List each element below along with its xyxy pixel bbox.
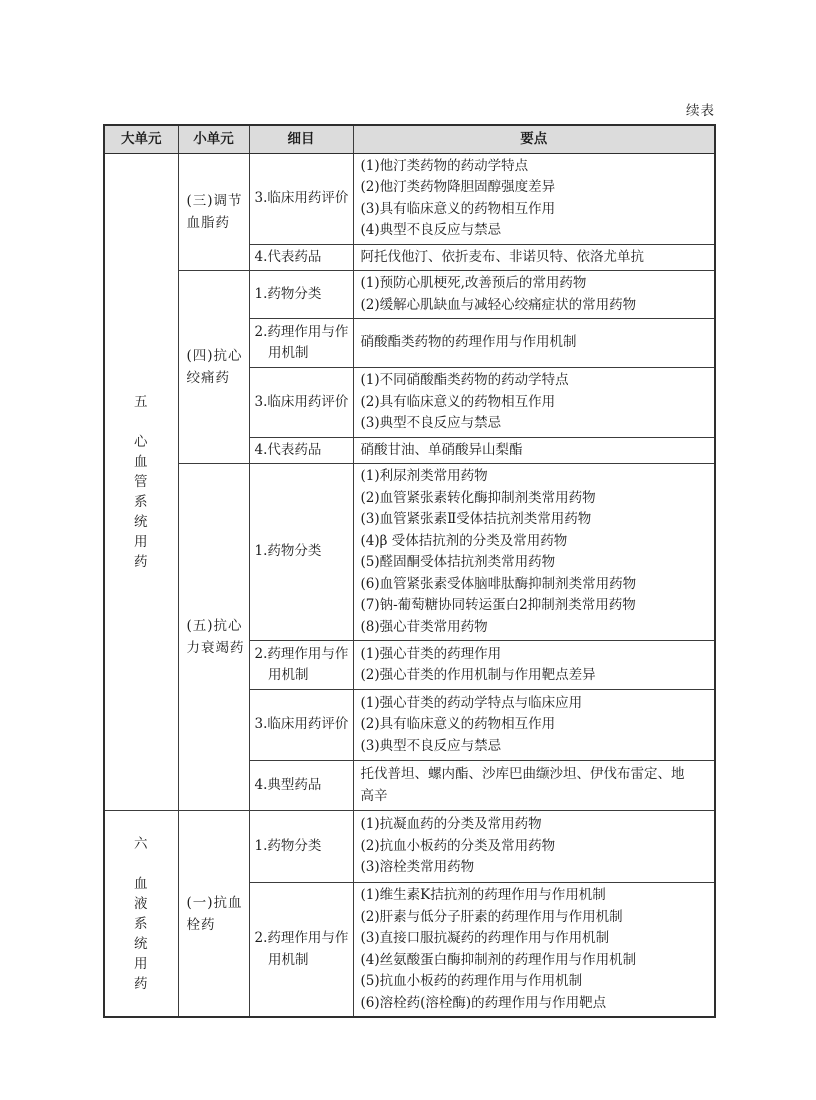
- table-row: (五)抗心 力衰竭药 1.药物分类 (1)利尿剂类常用药物 (2)血管紧张素转化…: [104, 464, 715, 641]
- detail-cell: 3.临床用药评价: [249, 690, 353, 761]
- points-cell: 阿托伐他汀、依折麦布、非诺贝特、依洛尤单抗: [353, 244, 715, 271]
- points-cell: 托伐普坦、螺内酯、沙库巴曲缬沙坦、伊伐布雷定、地 高辛: [353, 761, 715, 811]
- points-cell: 硝酸甘油、单硝酸异山梨酯: [353, 437, 715, 464]
- points-cell: (1)强心苷类的药动学特点与临床应用 (2)具有临床意义的药物相互作用 (3)典…: [353, 690, 715, 761]
- points-cell: (1)抗凝血药的分类及常用药物 (2)抗血小板药的分类及常用药物 (3)溶栓类常…: [353, 811, 715, 883]
- col-header-keypoints: 要点: [353, 125, 715, 153]
- detail-cell: 2.药理作用与作 用机制: [249, 641, 353, 690]
- major-unit-blood-system: 六 血 液 系 统 用 药: [104, 811, 178, 1018]
- detail-cell: 4.代表药品: [249, 244, 353, 271]
- detail-cell: 4.典型药品: [249, 761, 353, 811]
- table-row: (四)抗心 绞痛药 1.药物分类 (1)预防心肌梗死,改善预后的常用药物 (2)…: [104, 271, 715, 319]
- table-row: 五 心 血 管 系 统 用 药 (三)调节 血脂药 3.临床用药评价 (1)他汀…: [104, 153, 715, 244]
- detail-cell: 4.代表药品: [249, 437, 353, 464]
- minor-unit-lipid-regulating: (三)调节 血脂药: [178, 153, 249, 271]
- major-unit-cardiovascular: 五 心 血 管 系 统 用 药: [104, 153, 178, 811]
- detail-cell: 3.临床用药评价: [249, 153, 353, 244]
- detail-cell: 1.药物分类: [249, 271, 353, 319]
- minor-unit-anti-heart-failure: (五)抗心 力衰竭药: [178, 464, 249, 811]
- minor-unit-antianginal: (四)抗心 绞痛药: [178, 271, 249, 464]
- header-row: 大单元 小单元 细目 要点: [104, 125, 715, 153]
- points-cell: (1)强心苷类的药理作用 (2)强心苷类的作用机制与作用靶点差异: [353, 641, 715, 690]
- col-header-minor-unit: 小单元: [178, 125, 249, 153]
- continued-table-label: 续表: [686, 99, 715, 119]
- detail-cell: 2.药理作用与作 用机制: [249, 883, 353, 1018]
- document-page: 续表 大单元 小单元 细目 要点 五 心 血 管 系 统 用 药 (三)调节 血…: [0, 0, 816, 1100]
- points-cell: (1)维生素K拮抗剂的药理作用与作用机制 (2)肝素与低分子肝素的药理作用与作用…: [353, 883, 715, 1018]
- detail-cell: 1.药物分类: [249, 464, 353, 641]
- detail-cell: 3.临床用药评价: [249, 368, 353, 438]
- points-cell: (1)不同硝酸酯类药物的药动学特点 (2)具有临床意义的药物相互作用 (3)典型…: [353, 368, 715, 438]
- minor-unit-antithrombotic: (一)抗血 栓药: [178, 811, 249, 1018]
- detail-cell: 1.药物分类: [249, 811, 353, 883]
- points-cell: 硝酸酯类药物的药理作用与作用机制: [353, 319, 715, 368]
- points-cell: (1)预防心肌梗死,改善预后的常用药物 (2)缓解心肌缺血与减轻心绞痛症状的常用…: [353, 271, 715, 319]
- detail-cell: 2.药理作用与作 用机制: [249, 319, 353, 368]
- col-header-detail: 细目: [249, 125, 353, 153]
- points-cell: (1)利尿剂类常用药物 (2)血管紧张素转化酶抑制剂类常用药物 (3)血管紧张素…: [353, 464, 715, 641]
- table-row: 六 血 液 系 统 用 药 (一)抗血 栓药 1.药物分类 (1)抗凝血药的分类…: [104, 811, 715, 883]
- syllabus-table: 大单元 小单元 细目 要点 五 心 血 管 系 统 用 药 (三)调节 血脂药 …: [103, 124, 716, 1018]
- points-cell: (1)他汀类药物的药动学特点 (2)他汀类药物降胆固醇强度差异 (3)具有临床意…: [353, 153, 715, 244]
- col-header-major-unit: 大单元: [104, 125, 178, 153]
